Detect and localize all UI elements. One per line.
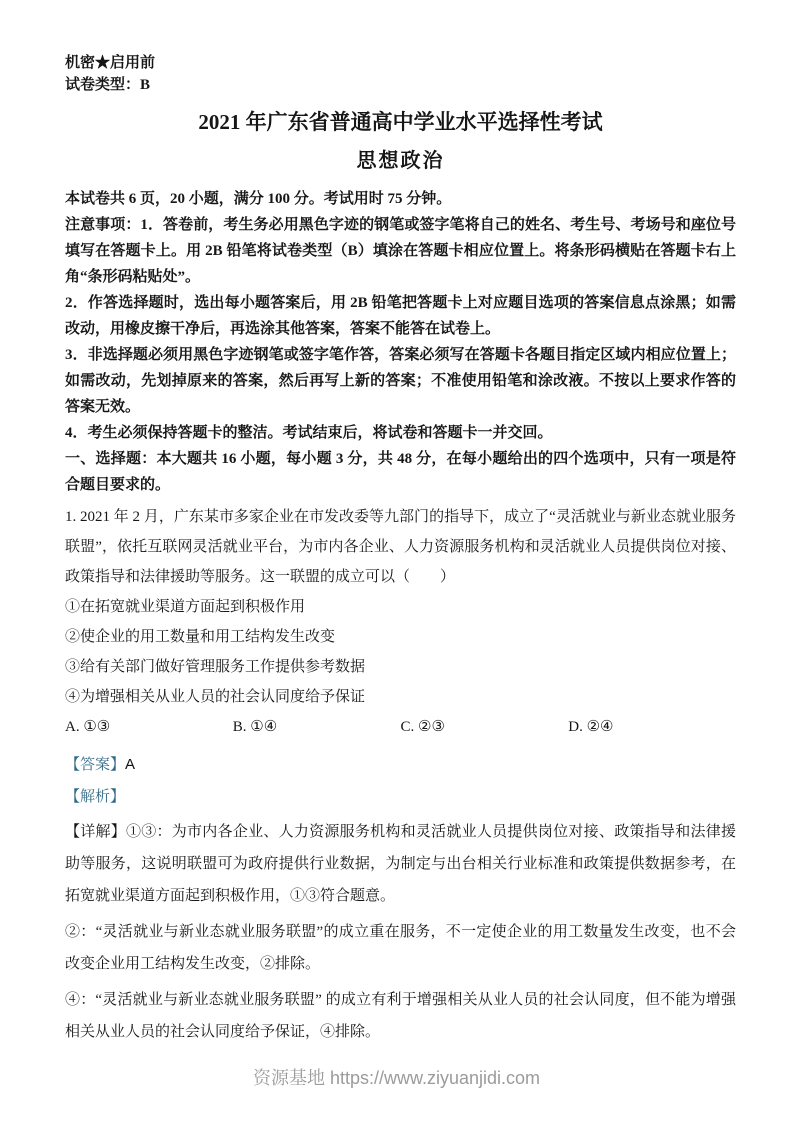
answer-value: A xyxy=(125,756,135,773)
option-d: D. ②④ xyxy=(568,712,736,742)
question-statement-3: ③给有关部门做好管理服务工作提供参考数据 xyxy=(65,652,736,682)
question-statement-2: ②使企业的用工数量和用工结构发生改变 xyxy=(65,622,736,652)
option-c: C. ②③ xyxy=(401,712,569,742)
notice-paragraph: 2．作答选择题时，选出每小题答案后，用 2B 铅笔把答题卡上对应题目选项的答案信… xyxy=(65,290,736,342)
question-statement-1: ①在拓宽就业渠道方面起到积极作用 xyxy=(65,592,736,622)
exam-title: 2021 年广东省普通高中学业水平选择性考试 xyxy=(65,108,736,136)
paper-type-label: 试卷类型：B xyxy=(65,74,736,96)
notice-paragraph: 3．非选择题必须用黑色字迹钢笔或签字笔作答，答案必须写在答题卡各题目指定区域内相… xyxy=(65,342,736,420)
detail-text-1: ①③：为市内各企业、人力资源服务机构和灵活就业人员提供岗位对接、政策指导和法律援… xyxy=(65,824,736,904)
classification-label: 机密★启用前 xyxy=(65,52,736,74)
section-header-multiple-choice: 一、选择题：本大题共 16 小题，每小题 3 分，共 48 分，在每小题给出的四… xyxy=(65,446,736,498)
detail-marker: 【详解】 xyxy=(65,824,126,840)
watermark-footer: 资源基地 https://www.ziyuanjidi.com xyxy=(0,1064,793,1090)
option-b: B. ①④ xyxy=(233,712,401,742)
notice-paragraph: 注意事项：1．答卷前，考生务必用黑色字迹的钢笔或签字笔将自己的姓名、考生号、考场… xyxy=(65,212,736,290)
exam-instructions: 本试卷共 6 页，20 小题，满分 100 分。考试用时 75 分钟。 注意事项… xyxy=(65,186,736,498)
analysis-marker: 【解析】 xyxy=(65,789,125,805)
detail-paragraph-3: ④：“灵活就业与新业态就业服务联盟” 的成立有利于增强相关从业人员的社会认同度，… xyxy=(65,984,736,1048)
exam-paper-page: 机密★启用前 试卷类型：B 2021 年广东省普通高中学业水平选择性考试 思想政… xyxy=(0,0,793,1122)
exam-subject: 思想政治 xyxy=(65,148,736,174)
question-statement-4: ④为增强相关从业人员的社会认同度给予保证 xyxy=(65,682,736,712)
notice-paragraph: 4．考生必须保持答题卡的整洁。考试结束后，将试卷和答题卡一并交回。 xyxy=(65,420,736,446)
option-a: A. ①③ xyxy=(65,712,233,742)
question-1: 1. 2021 年 2 月，广东某市多家企业在市发改委等九部门的指导下，成立了“… xyxy=(65,502,736,1048)
answer-row: 【答案】A xyxy=(65,750,736,780)
detail-paragraph-2: ②：“灵活就业与新业态就业服务联盟”的成立重在服务，不一定使企业的用工数量发生改… xyxy=(65,916,736,980)
watermark-text: 资源基地 https://www.ziyuanjidi.com xyxy=(253,1068,540,1088)
analysis-row: 【解析】 xyxy=(65,782,736,812)
question-stem: 1. 2021 年 2 月，广东某市多家企业在市发改委等九部门的指导下，成立了“… xyxy=(65,502,736,592)
notice-paper-info: 本试卷共 6 页，20 小题，满分 100 分。考试用时 75 分钟。 xyxy=(65,186,736,212)
detail-paragraph-1: 【详解】①③：为市内各企业、人力资源服务机构和灵活就业人员提供岗位对接、政策指导… xyxy=(65,816,736,912)
answer-marker: 【答案】 xyxy=(65,757,125,773)
options-row: A. ①③ B. ①④ C. ②③ D. ②④ xyxy=(65,712,736,742)
